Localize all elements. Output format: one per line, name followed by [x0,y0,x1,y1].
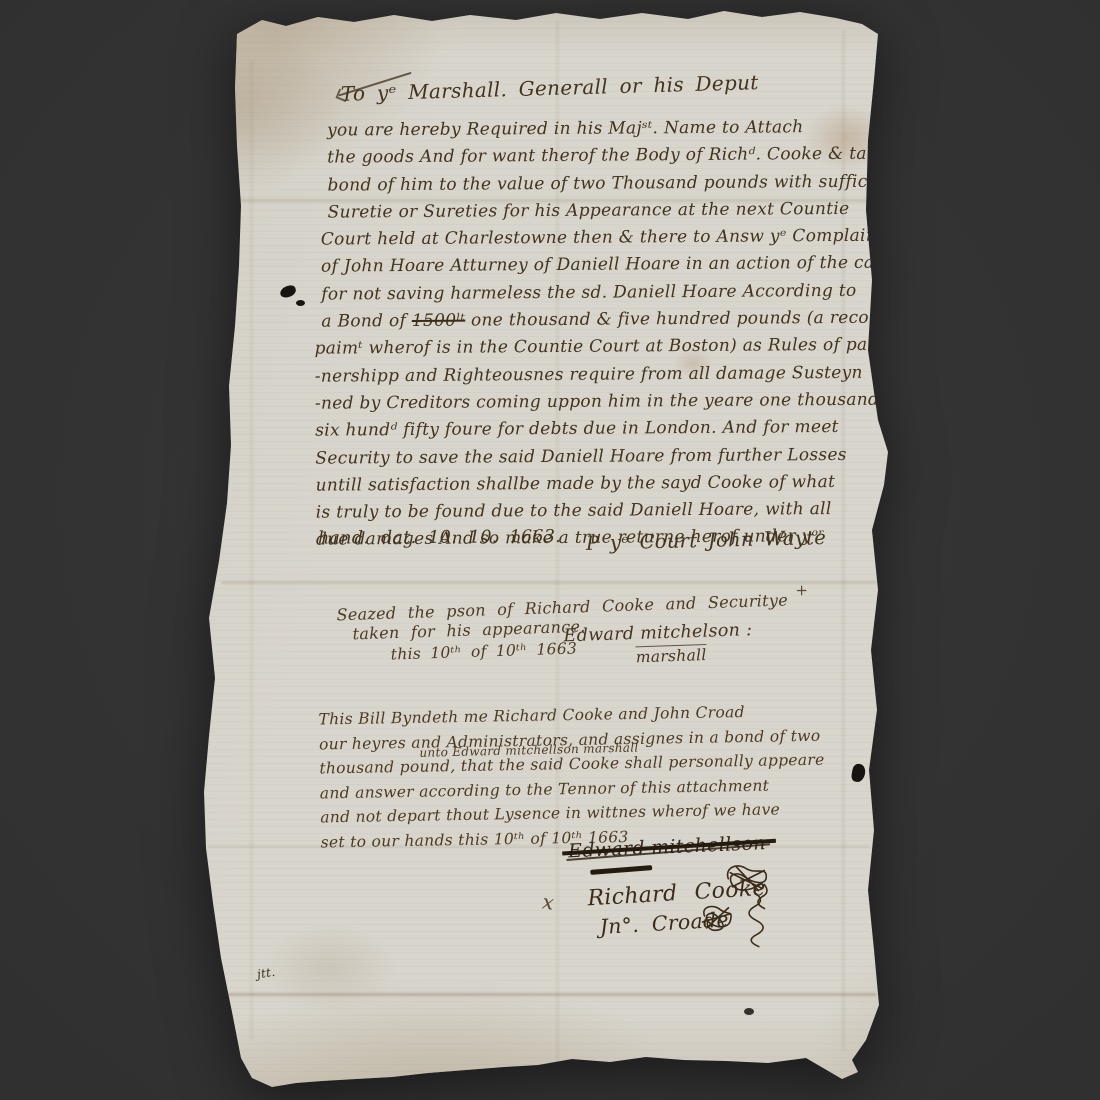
body-line: you are hereby Required in his Majˢᵗ. Na… [327,114,879,145]
signature-flourish-icon [696,902,736,948]
plus-mark: + [795,581,808,599]
witness-cross-mark: x [541,889,556,914]
handwriting-layer: To yᵉ Marshall. Generall or his Deput yo… [0,0,1100,1100]
body-line: -nershipp and Righteousnes require from … [315,359,881,390]
body-line-with-correction: a Bond of 1500ˡᵗ one thousand & five hun… [321,305,880,336]
writ-body: you are hereby Required in his Majˢᵗ. Na… [313,114,882,555]
body-line: for not saving harmeless the sd. Daniell… [321,277,880,308]
marshal-signature-title: marshall [635,644,706,666]
paper-sheet: To yᵉ Marshall. Generall or his Deput yo… [0,0,1100,1100]
body-line: -ned by Creditors coming uppon him in th… [315,387,881,418]
body-line-rest: one thousand & five hundred pounds (a re… [471,308,889,331]
body-line-pre: a Bond of [321,311,406,332]
body-line: Suretie or Sureties for his Appearance a… [328,196,880,227]
body-line: untill satisfaction shallbe made by the … [315,469,881,500]
document-photo: To yᵉ Marshall. Generall or his Deput yo… [0,0,1100,1100]
body-line: of John Hoare Atturney of Daniell Hoare … [321,250,880,281]
body-line: the goods And for want therof the Body o… [327,141,879,172]
body-line: Court held at Charlestowne then & there … [321,223,880,254]
bond-paragraph: This Bill Byndeth me Richard Cooke and J… [318,698,865,855]
ink-scribble [590,865,652,875]
body-line: bond of him to the value of two Thousand… [327,168,879,199]
body-line: six hundᵈ fifty foure for debts due in L… [315,414,881,445]
dateline: hand. dat. 10. 10. 1663. [318,527,561,549]
struck-amount: 1500ˡᵗ [412,311,466,331]
body-line: paimᵗ wherof is in the Countie Court at … [315,332,881,363]
margin-ink-mark: jtt. [256,965,276,982]
body-line: is truly to be found due to the said Dan… [316,496,882,527]
marshal-signature: Edward mitchelson : [563,620,752,646]
paper-wrap: To yᵉ Marshall. Generall or his Deput yo… [0,0,1100,1100]
body-line: Security to save the said Daniell Hoare … [315,441,881,472]
marshal-return-line-3: this 10ᵗʰ of 10ᵗʰ 1663 [390,639,577,663]
zigzag-flourish-icon [738,890,768,952]
